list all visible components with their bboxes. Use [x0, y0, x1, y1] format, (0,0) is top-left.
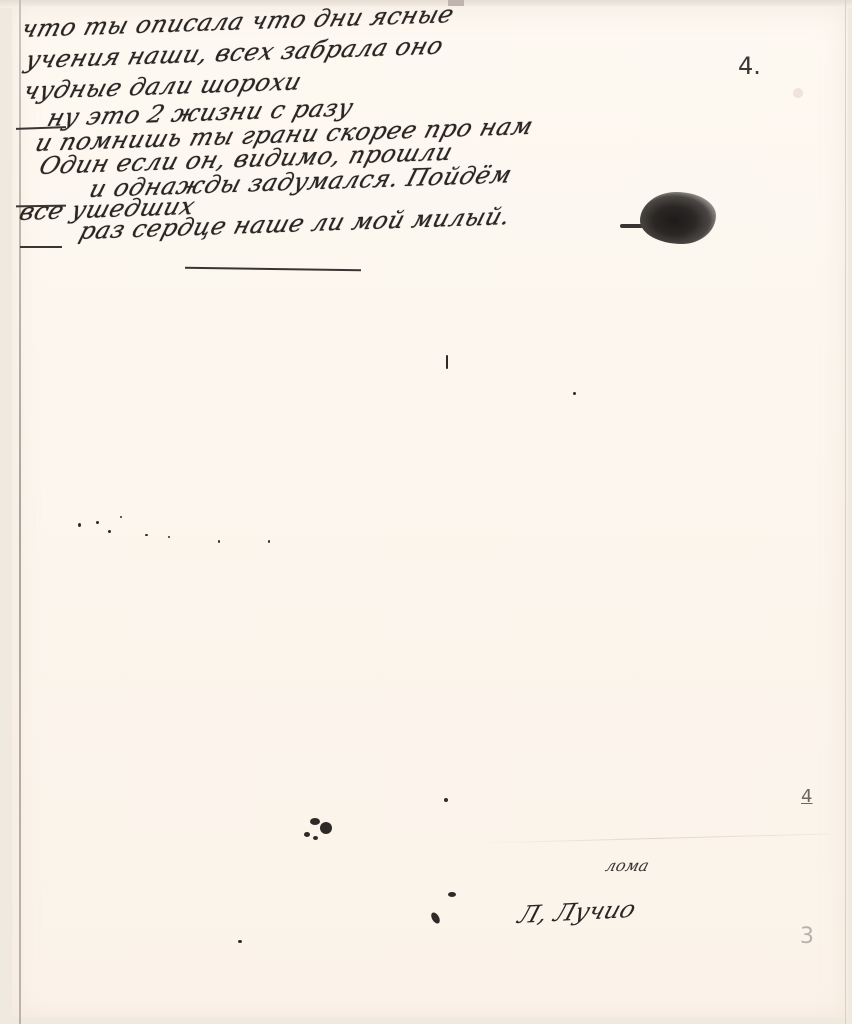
- margin-stroke: [20, 246, 62, 248]
- signature-fragment: лома: [603, 856, 651, 875]
- document-scan: что ты описала что дни ясные учения наши…: [0, 0, 852, 1024]
- ink-speck: [168, 536, 170, 538]
- ink-speck: [268, 540, 270, 543]
- ink-speck: [120, 516, 122, 518]
- ink-speck: [444, 798, 448, 802]
- ink-speck: [320, 822, 332, 834]
- ink-speck: [238, 940, 242, 943]
- ink-speck: [218, 540, 220, 543]
- ink-blot: [640, 192, 716, 244]
- ink-speck: [573, 392, 576, 395]
- ink-speck: [96, 521, 99, 524]
- ink-speck: [304, 832, 310, 837]
- ink-speck: [448, 892, 456, 897]
- ink-speck: [446, 355, 448, 369]
- margin-pencil-mark: 3: [800, 924, 814, 949]
- paper-stain: [793, 88, 803, 98]
- ink-speck: [108, 530, 111, 533]
- page-right-edge: [845, 0, 846, 1024]
- page-number: 4.: [738, 52, 761, 80]
- ink-speck: [145, 534, 148, 536]
- margin-pencil-mark: 4: [801, 786, 812, 807]
- manuscript-text-block: что ты описала что дни ясные учения наши…: [20, 14, 660, 247]
- ink-speck: [310, 818, 320, 825]
- ink-speck: [313, 836, 318, 840]
- ink-speck: [78, 523, 81, 527]
